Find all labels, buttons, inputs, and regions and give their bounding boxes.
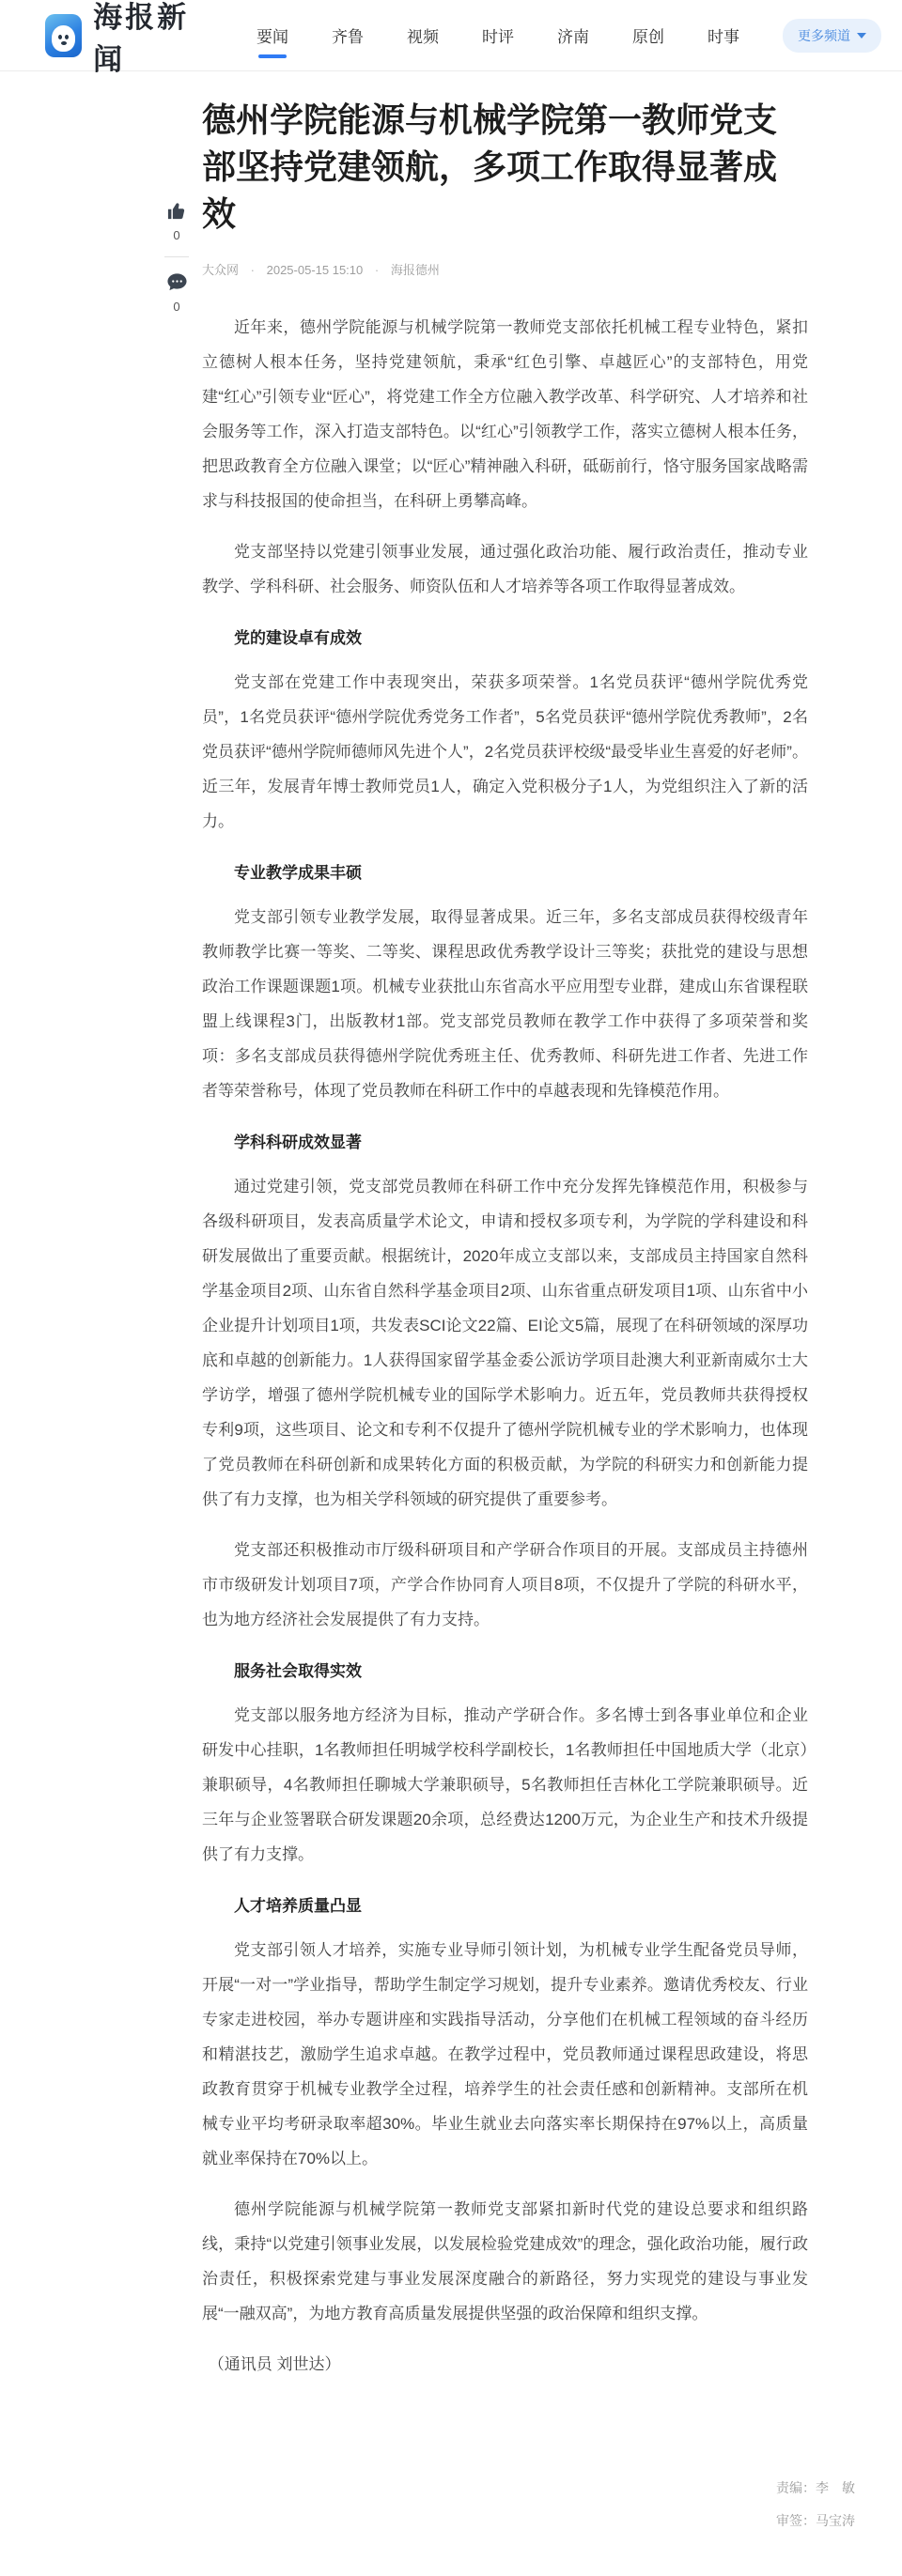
article-paragraph: 近年来，德州学院能源与机械学院第一教师党支部依托机械工程专业特色，紧扣立德树人根… bbox=[202, 310, 808, 518]
section-heading: 党的建设卓有成效 bbox=[202, 621, 808, 656]
article-title: 德州学院能源与机械学院第一教师党支部坚持党建领航，多项工作取得显著成效 bbox=[202, 97, 808, 238]
section-heading: 专业教学成果丰硕 bbox=[202, 856, 808, 890]
article-paragraph: 党支部引领专业教学发展，取得显著成果。近三年，多名支部成员获得校级青年教师教学比… bbox=[202, 900, 808, 1108]
article-credits: 责编：李 敏 审签：马宝涛 bbox=[776, 2472, 855, 2537]
nav-item-时评[interactable]: 时评 bbox=[482, 12, 514, 58]
article-paragraph: 党支部坚持以党建引领事业发展，通过强化政治功能、履行政治责任，推动专业教学、学科… bbox=[202, 534, 808, 604]
primary-nav: 要闻齐鲁视频时评济南原创时事 bbox=[257, 12, 783, 58]
nav-item-齐鲁[interactable]: 齐鲁 bbox=[332, 12, 364, 58]
like-button[interactable]: 0 bbox=[159, 200, 194, 242]
seal-eye-right bbox=[65, 35, 69, 39]
comment-bubble-icon bbox=[166, 271, 188, 293]
correspondent-note: （通讯员 刘世达） bbox=[202, 2347, 808, 2382]
seal-mascot-icon bbox=[52, 25, 75, 52]
section-heading: 学科科研成效显著 bbox=[202, 1125, 808, 1160]
byline-time: 2025-05-15 15:10 bbox=[267, 263, 364, 277]
article-paragraph: 党支部在党建工作中表现突出，荣获多项荣誉。1名党员获评“德州学院优秀党员”，1名… bbox=[202, 665, 808, 839]
article-paragraph: 党支部以服务地方经济为目标，推动产学研合作。多名博士到各事业单位和企业研发中心挂… bbox=[202, 1698, 808, 1872]
site-header: 海报新闻 要闻齐鲁视频时评济南原创时事 更多频道 bbox=[0, 0, 902, 71]
haibao-seal-logo-icon bbox=[45, 14, 82, 57]
comment-button[interactable]: 0 bbox=[159, 271, 194, 314]
seal-nose bbox=[61, 41, 67, 45]
action-rail: 0 0 bbox=[159, 200, 194, 314]
brand-name: 海报新闻 bbox=[93, 0, 202, 78]
more-channels-label: 更多频道 bbox=[798, 26, 850, 45]
section-heading: 人才培养质量凸显 bbox=[202, 1889, 808, 1923]
site-logo[interactable]: 海报新闻 bbox=[45, 0, 202, 78]
nav-item-原创[interactable]: 原创 bbox=[632, 12, 664, 58]
rail-divider bbox=[164, 256, 189, 257]
page: 海报新闻 要闻齐鲁视频时评济南原创时事 更多频道 0 0 德州学院能源与机械学院 bbox=[0, 0, 902, 2576]
article-paragraph: 党支部还积极推动市厅级科研项目和产学研合作项目的开展。支部成员主持德州市市级研发… bbox=[202, 1533, 808, 1637]
reviewer-credit: 审签：马宝涛 bbox=[776, 2505, 855, 2537]
article-paragraph: 德州学院能源与机械学院第一教师党支部紧扣新时代党的建设总要求和组织路线，秉持“以… bbox=[202, 2192, 808, 2331]
nav-item-要闻[interactable]: 要闻 bbox=[257, 12, 288, 58]
byline-separator: · bbox=[251, 263, 255, 277]
nav-item-济南[interactable]: 济南 bbox=[557, 12, 589, 58]
chevron-down-icon bbox=[857, 33, 866, 39]
nav-item-时事[interactable]: 时事 bbox=[708, 12, 739, 58]
article-container: 德州学院能源与机械学院第一教师党支部坚持党建领航，多项工作取得显著成效 大众网 … bbox=[0, 71, 902, 2382]
article-paragraph: 通过党建引领，党支部党员教师在科研工作中充分发挥先锋模范作用，积极参与各级科研项… bbox=[202, 1169, 808, 1517]
byline-channel: 海报德州 bbox=[391, 263, 440, 277]
byline-separator: · bbox=[375, 263, 379, 277]
like-count: 0 bbox=[159, 228, 194, 242]
nav-item-视频[interactable]: 视频 bbox=[407, 12, 439, 58]
seal-eye-left bbox=[58, 35, 62, 39]
article-paragraph: 党支部引领人才培养，实施专业导师引领计划，为机械专业学生配备党员导师，开展“一对… bbox=[202, 1933, 808, 2176]
byline-source: 大众网 bbox=[202, 263, 239, 277]
article-byline: 大众网 · 2025-05-15 15:10 · 海报德州 bbox=[202, 260, 808, 278]
comment-count: 0 bbox=[159, 300, 194, 314]
editor-credit: 责编：李 敏 bbox=[776, 2472, 855, 2505]
thumbs-up-icon bbox=[166, 200, 188, 222]
section-heading: 服务社会取得实效 bbox=[202, 1654, 808, 1689]
more-channels-button[interactable]: 更多频道 bbox=[783, 19, 881, 53]
article-body: 近年来，德州学院能源与机械学院第一教师党支部依托机械工程专业特色，紧扣立德树人根… bbox=[202, 310, 808, 2382]
